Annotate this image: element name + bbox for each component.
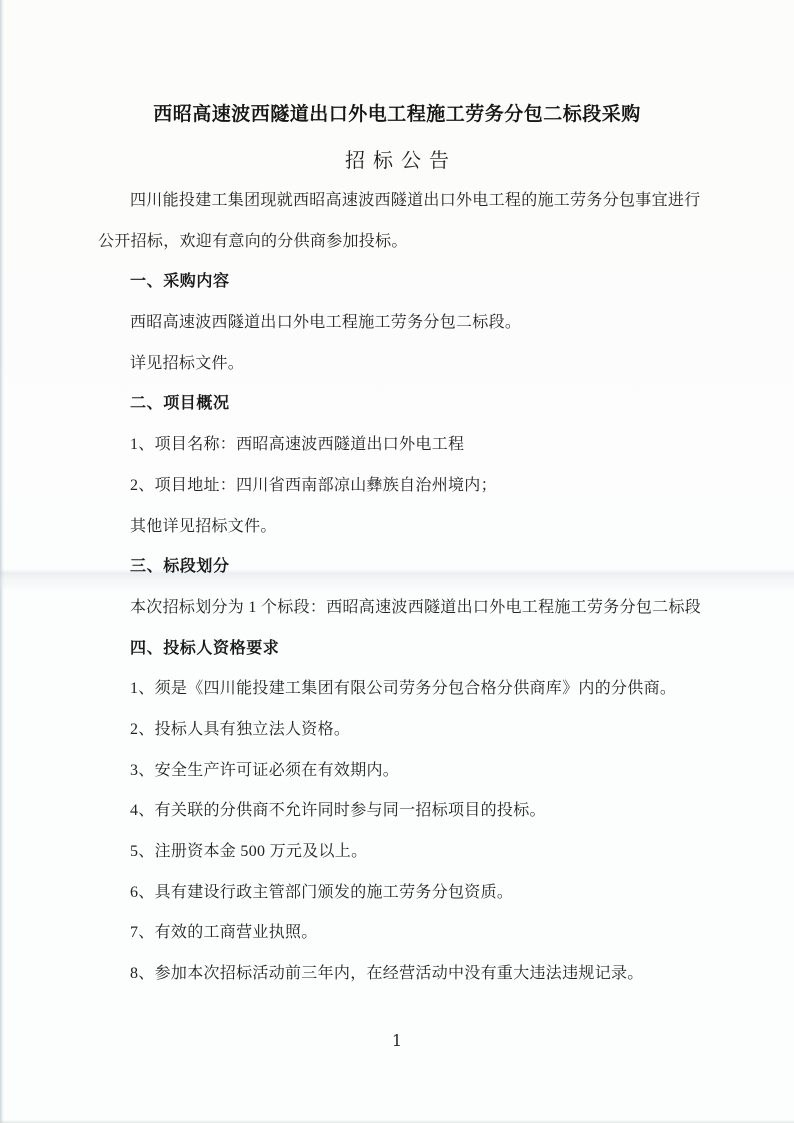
section-3-heading: 三、标段划分 <box>98 547 706 588</box>
section-1-line-1: 西昭高速波西隧道出口外电工程施工劳务分包二标段。 <box>98 303 706 344</box>
scanned-document-page: 西昭高速波西隧道出口外电工程施工劳务分包二标段采购 招标公告 四川能投建工集团现… <box>0 0 794 1123</box>
requirement-item-6: 6、具有建设行政主管部门颁发的施工劳务分包资质。 <box>98 873 706 914</box>
section-4-heading: 四、投标人资格要求 <box>98 629 706 670</box>
section-2-line-1: 1、项目名称：西昭高速波西隧道出口外电工程 <box>98 425 706 466</box>
document-subtitle: 招标公告 <box>0 144 794 173</box>
requirement-item-4: 4、有关联的分供商不允许同时参与同一招标项目的投标。 <box>98 791 706 832</box>
section-1-heading: 一、采购内容 <box>98 262 706 303</box>
section-2-line-2: 2、项目地址：四川省西南部凉山彝族自治州境内； <box>98 466 706 507</box>
section-1-line-2: 详见招标文件。 <box>98 344 706 385</box>
requirement-item-5: 5、注册资本金 500 万元及以上。 <box>98 832 706 873</box>
document-title: 西昭高速波西隧道出口外电工程施工劳务分包二标段采购 <box>0 99 794 126</box>
requirement-item-2: 2、投标人具有独立法人资格。 <box>98 710 706 751</box>
section-3-line-1: 本次招标划分为 1 个标段：西昭高速波西隧道出口外电工程施工劳务分包二标段 <box>98 588 706 629</box>
intro-line-1: 四川能投建工集团现就西昭高速波西隧道出口外电工程的施工劳务分包事宜进行 <box>98 181 706 222</box>
page-number: 1 <box>0 1029 794 1053</box>
requirement-item-3: 3、安全生产许可证必须在有效期内。 <box>98 751 706 792</box>
requirement-item-8: 8、参加本次招标活动前三年内，在经营活动中没有重大违法违规记录。 <box>98 954 706 995</box>
document-body: 四川能投建工集团现就西昭高速波西隧道出口外电工程的施工劳务分包事宜进行 公开招标… <box>98 181 706 995</box>
section-2-line-3: 其他详见招标文件。 <box>98 507 706 548</box>
intro-line-2: 公开招标，欢迎有意向的分供商参加投标。 <box>98 222 706 263</box>
requirement-item-1: 1、须是《四川能投建工集团有限公司劳务分包合格分供商库》内的分供商。 <box>98 669 706 710</box>
requirement-item-7: 7、有效的工商营业执照。 <box>98 913 706 954</box>
section-2-heading: 二、项目概况 <box>98 384 706 425</box>
